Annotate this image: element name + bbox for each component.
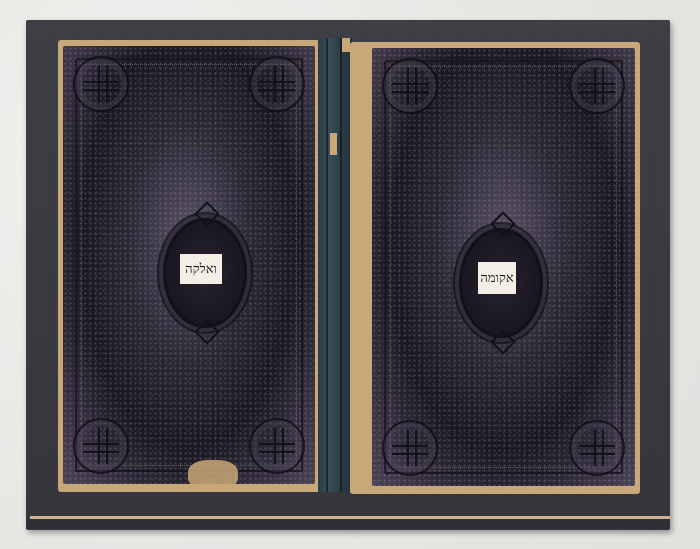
spine-stripe [326, 38, 328, 492]
spine-stripe [340, 38, 342, 492]
corner-ornament-icon [249, 56, 305, 112]
corner-ornament-icon [569, 420, 625, 476]
right-cover-field: אקומה [372, 48, 635, 486]
spine-tear [330, 133, 337, 155]
board-bottom-edge [26, 519, 670, 529]
left-cover-label: ואלקה [180, 254, 222, 284]
corner-ornament-icon [73, 56, 129, 112]
spine-strip [318, 38, 352, 492]
corner-ornament-icon [249, 418, 305, 474]
right-book-cover: אקומה [350, 42, 640, 494]
right-cover-label: אקומה [478, 262, 516, 294]
corner-ornament-icon [73, 418, 129, 474]
corner-ornament-icon [382, 420, 438, 476]
corner-ornament-icon [382, 58, 438, 114]
corner-ornament-icon [569, 58, 625, 114]
spine-tear [342, 38, 350, 52]
left-cover-field: ואלקה [63, 46, 315, 484]
wear-patch [188, 460, 238, 490]
left-book-cover: ואלקה [58, 40, 320, 492]
